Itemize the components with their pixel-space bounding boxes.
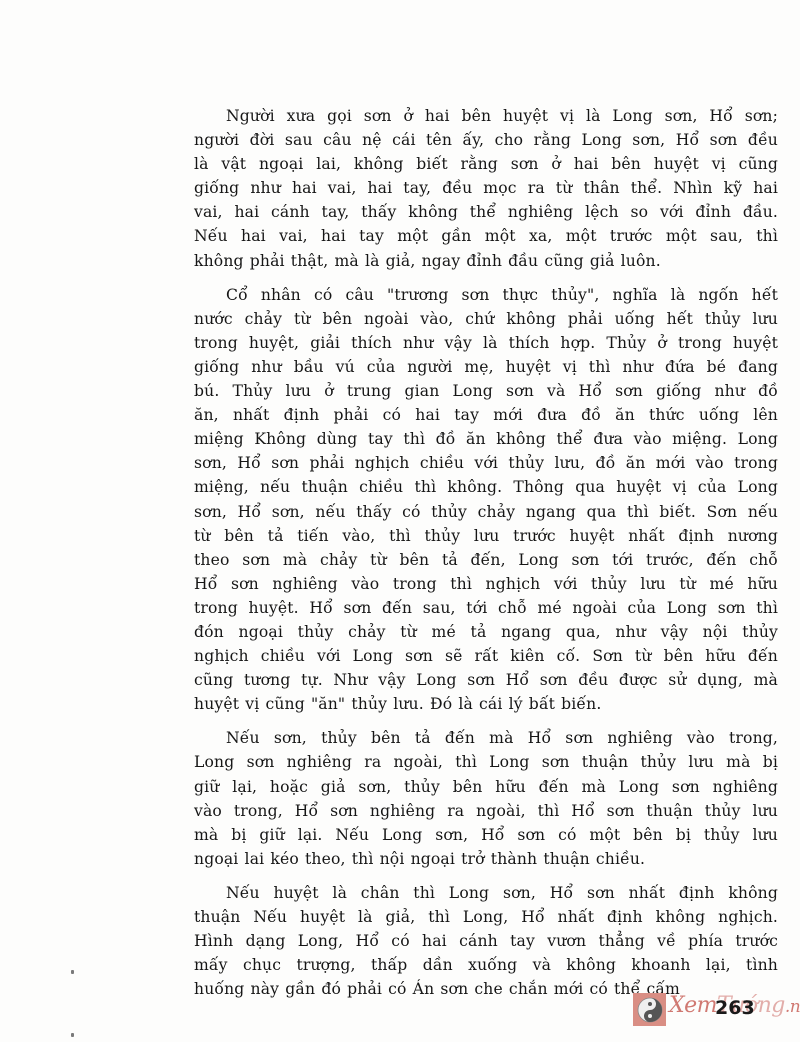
watermark-brand: Xem xyxy=(669,993,717,1018)
text-line: vào trong, Hổ sơn nghiêng ra ngoài, thì … xyxy=(194,799,778,823)
watermark-domain: .net xyxy=(785,997,800,1017)
text-line: sơn, Hổ sơn phải nghịch chiều với thủy l… xyxy=(194,451,778,475)
text-line: Nếu huyệt là chân thì Long sơn, Hổ sơn n… xyxy=(194,881,778,905)
paragraph: Người xưa gọi sơn ở hai bên huyệt vị là … xyxy=(194,104,778,273)
text-line: sơn, Hổ sơn, nếu thấy có thủy chảy ngang… xyxy=(194,500,778,524)
text-line: Người xưa gọi sơn ở hai bên huyệt vị là … xyxy=(194,104,778,128)
paragraph: Nếu sơn, thủy bên tả đến mà Hổ sơn nghiê… xyxy=(194,726,778,871)
page-body-text: Người xưa gọi sơn ở hai bên huyệt vị là … xyxy=(194,104,778,1011)
text-line: theo sơn mà chảy từ bên tả đến, Long sơn… xyxy=(194,548,778,572)
text-line: giữ lại, hoặc giả sơn, thủy bên hữu đến … xyxy=(194,775,778,799)
paragraph: Cổ nhân có câu "trương sơn thực thủy", n… xyxy=(194,283,778,717)
scanned-book-page: Người xưa gọi sơn ở hai bên huyệt vị là … xyxy=(0,0,800,1042)
text-line: giống như hai vai, hai tay, đều mọc ra t… xyxy=(194,176,778,200)
text-line: Nếu hai vai, hai tay một gần một xa, một… xyxy=(194,224,778,248)
text-line: Hình dạng Long, Hổ có hai cánh tay vươn … xyxy=(194,929,778,953)
text-line: trong huyệt, giải thích như vậy là thích… xyxy=(194,331,778,355)
text-line: vai, hai cánh tay, thấy không thể nghiên… xyxy=(194,200,778,224)
watermark-logo xyxy=(633,993,666,1026)
text-line: bú. Thủy lưu ở trung gian Long sơn và Hổ… xyxy=(194,379,778,403)
text-line: là vật ngoại lai, không biết rằng sơn ở … xyxy=(194,152,778,176)
text-line: cũng tương tự. Như vậy Long sơn Hổ sơn đ… xyxy=(194,668,778,692)
text-line: nghịch chiều với Long sơn sẽ rất kiên cố… xyxy=(194,644,778,668)
text-line: đón ngoại thủy chảy từ mé tả ngang qua, … xyxy=(194,620,778,644)
margin-speck xyxy=(71,1033,74,1037)
text-line: Cổ nhân có câu "trương sơn thực thủy", n… xyxy=(194,283,778,307)
text-line: ngoại lai kéo theo, thì nội ngoại trở th… xyxy=(194,847,778,871)
paragraph: Nếu huyệt là chân thì Long sơn, Hổ sơn n… xyxy=(194,881,778,1001)
text-line: huyệt vị cũng "ăn" thủy lưu. Đó là cái l… xyxy=(194,692,778,716)
text-line: Hổ sơn nghiêng vào trong thì nghịch với … xyxy=(194,572,778,596)
text-line: nước chảy từ bên ngoài vào, chứ không ph… xyxy=(194,307,778,331)
text-line: trong huyệt. Hổ sơn đến sau, tới chỗ mé … xyxy=(194,596,778,620)
text-line: ăn, nhất định phải có hai tay mới đưa đồ… xyxy=(194,403,778,427)
text-line: Long sơn nghiêng ra ngoài, thì Long sơn … xyxy=(194,750,778,774)
text-line: miệng, nếu thuận chiều thì không. Thông … xyxy=(194,475,778,499)
page-footer: XemTướng.net 263 xyxy=(633,988,793,1028)
text-line: Nếu sơn, thủy bên tả đến mà Hổ sơn nghiê… xyxy=(194,726,778,750)
margin-speck xyxy=(71,970,74,974)
text-line: giống như bầu vú của người mẹ, huyệt vị … xyxy=(194,355,778,379)
text-line: mấy chục trượng, thấp dần xuống và không… xyxy=(194,953,778,977)
text-line: từ bên tả tiến vào, thì thủy lưu trước h… xyxy=(194,524,778,548)
yin-yang-icon xyxy=(637,997,663,1023)
text-line: không phải thật, mà là giả, ngay đỉnh đầ… xyxy=(194,249,778,273)
text-line: người đời sau câu nệ cái tên ấy, cho rằn… xyxy=(194,128,778,152)
text-line: thuận Nếu huyệt là giả, thì Long, Hổ nhấ… xyxy=(194,905,778,929)
page-number: 263 xyxy=(715,997,755,1019)
text-line: mà bị giữ lại. Nếu Long sơn, Hổ sơn có m… xyxy=(194,823,778,847)
text-line: miệng Không dùng tay thì đồ ăn không thể… xyxy=(194,427,778,451)
